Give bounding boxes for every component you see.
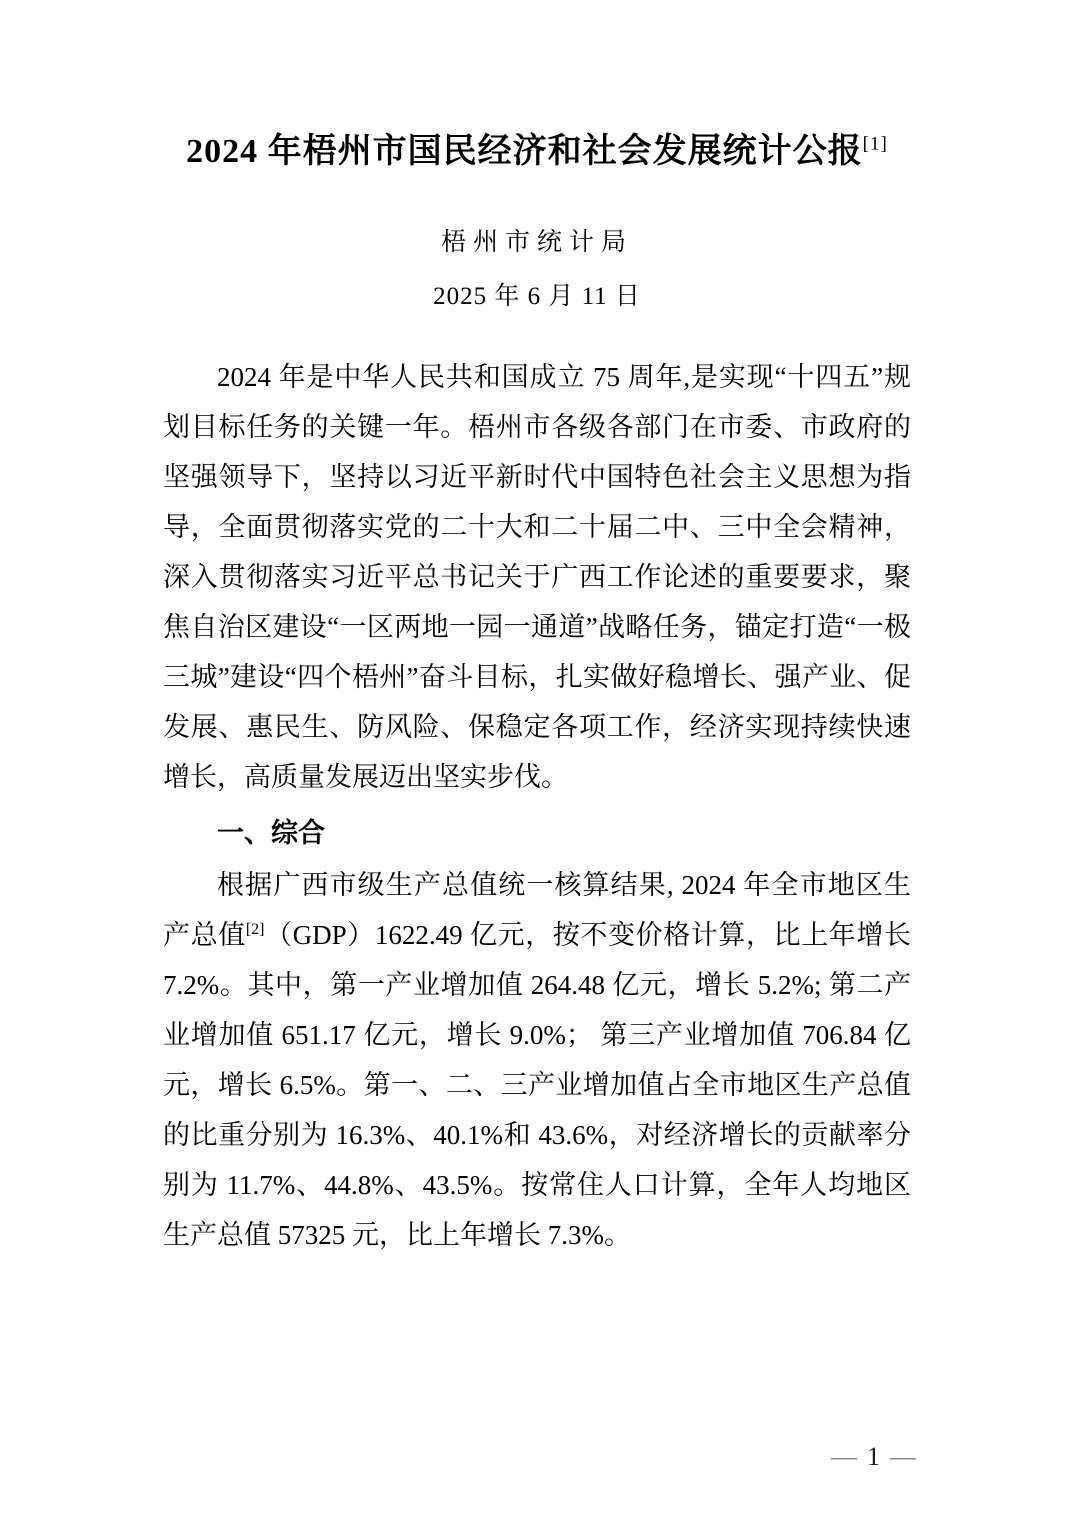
gdp-footnote-marker: [2]	[246, 921, 265, 938]
page-title: 2024 年梧州市国民经济和社会发展统计公报[1]	[163, 128, 911, 176]
page-number: 1	[857, 1442, 890, 1471]
footer-dash-left: —	[831, 1442, 857, 1471]
byline-agency: 梧州市统计局	[163, 228, 911, 258]
section-heading-1: 一、综合	[163, 808, 911, 858]
document-content: 2024 年梧州市国民经济和社会发展统计公报[1] 梧州市统计局 2025 年 …	[163, 0, 911, 1260]
body-text: 2024 年是中华人民共和国成立 75 周年,是实现“十四五”规划目标任务的关键…	[163, 352, 911, 1260]
title-footnote-marker: [1]	[863, 134, 888, 155]
page-title-text: 2024 年梧州市国民经济和社会发展统计公报	[186, 133, 863, 170]
page-footer: —1—	[831, 1442, 916, 1472]
paragraph-gdp: 根据广西市级生产总值统一核算结果, 2024 年全市地区生产总值[2]（GDP）…	[163, 860, 911, 1260]
document-page: 2024 年梧州市国民经济和社会发展统计公报[1] 梧州市统计局 2025 年 …	[0, 0, 1074, 1520]
footer-dash-right: —	[890, 1442, 916, 1471]
paragraph-gdp-text-after: （GDP）1622.49 亿元，按不变价格计算，比上年增长 7.2%。其中，第一…	[163, 920, 911, 1250]
paragraph-intro: 2024 年是中华人民共和国成立 75 周年,是实现“十四五”规划目标任务的关键…	[163, 352, 911, 802]
publish-date: 2025 年 6 月 11 日	[163, 282, 911, 312]
